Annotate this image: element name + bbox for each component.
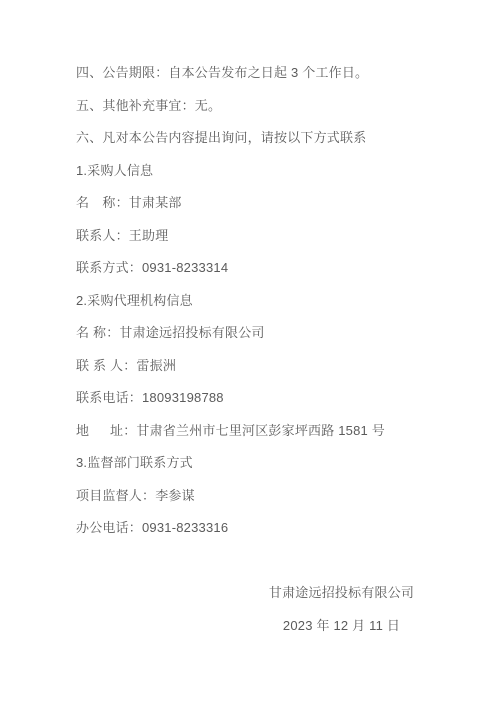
supervision-supervisor-line: 项目监督人：李参谋	[76, 480, 460, 513]
agency-contact-person-line: 联 系 人：雷振洲	[76, 350, 460, 383]
announcement-page: 四、公告期限：自本公告发布之日起 3 个工作日。 五、其他补充事宜：无。 六、凡…	[0, 0, 500, 706]
agency-heading: 2.采购代理机构信息	[76, 285, 460, 318]
signature-company: 甘肃途远招投标有限公司	[183, 577, 500, 610]
supervision-heading: 3.监督部门联系方式	[76, 447, 460, 480]
inquiry-intro-line: 六、凡对本公告内容提出询问，请按以下方式联系	[76, 122, 460, 155]
purchaser-name-line: 名 称：甘肃某部	[76, 187, 460, 220]
agency-address-line: 地 址：甘肃省兰州市七里河区彭家坪西路 1581 号	[76, 415, 460, 448]
signature-block: 甘肃途远招投标有限公司 2023 年 12 月 11 日	[183, 577, 500, 642]
purchaser-contact-method-line: 联系方式：0931-8233314	[76, 252, 460, 285]
purchaser-contact-person-line: 联系人：王助理	[76, 220, 460, 253]
purchaser-heading: 1.采购人信息	[76, 155, 460, 188]
supervision-office-phone-line: 办公电话：0931-8233316	[76, 512, 460, 545]
agency-name-line: 名 称：甘肃途远招投标有限公司	[76, 317, 460, 350]
signature-date: 2023 年 12 月 11 日	[183, 610, 500, 643]
other-matters-line: 五、其他补充事宜：无。	[76, 90, 460, 123]
notice-period-line: 四、公告期限：自本公告发布之日起 3 个工作日。	[76, 57, 460, 90]
agency-phone-line: 联系电话：18093198788	[76, 382, 460, 415]
